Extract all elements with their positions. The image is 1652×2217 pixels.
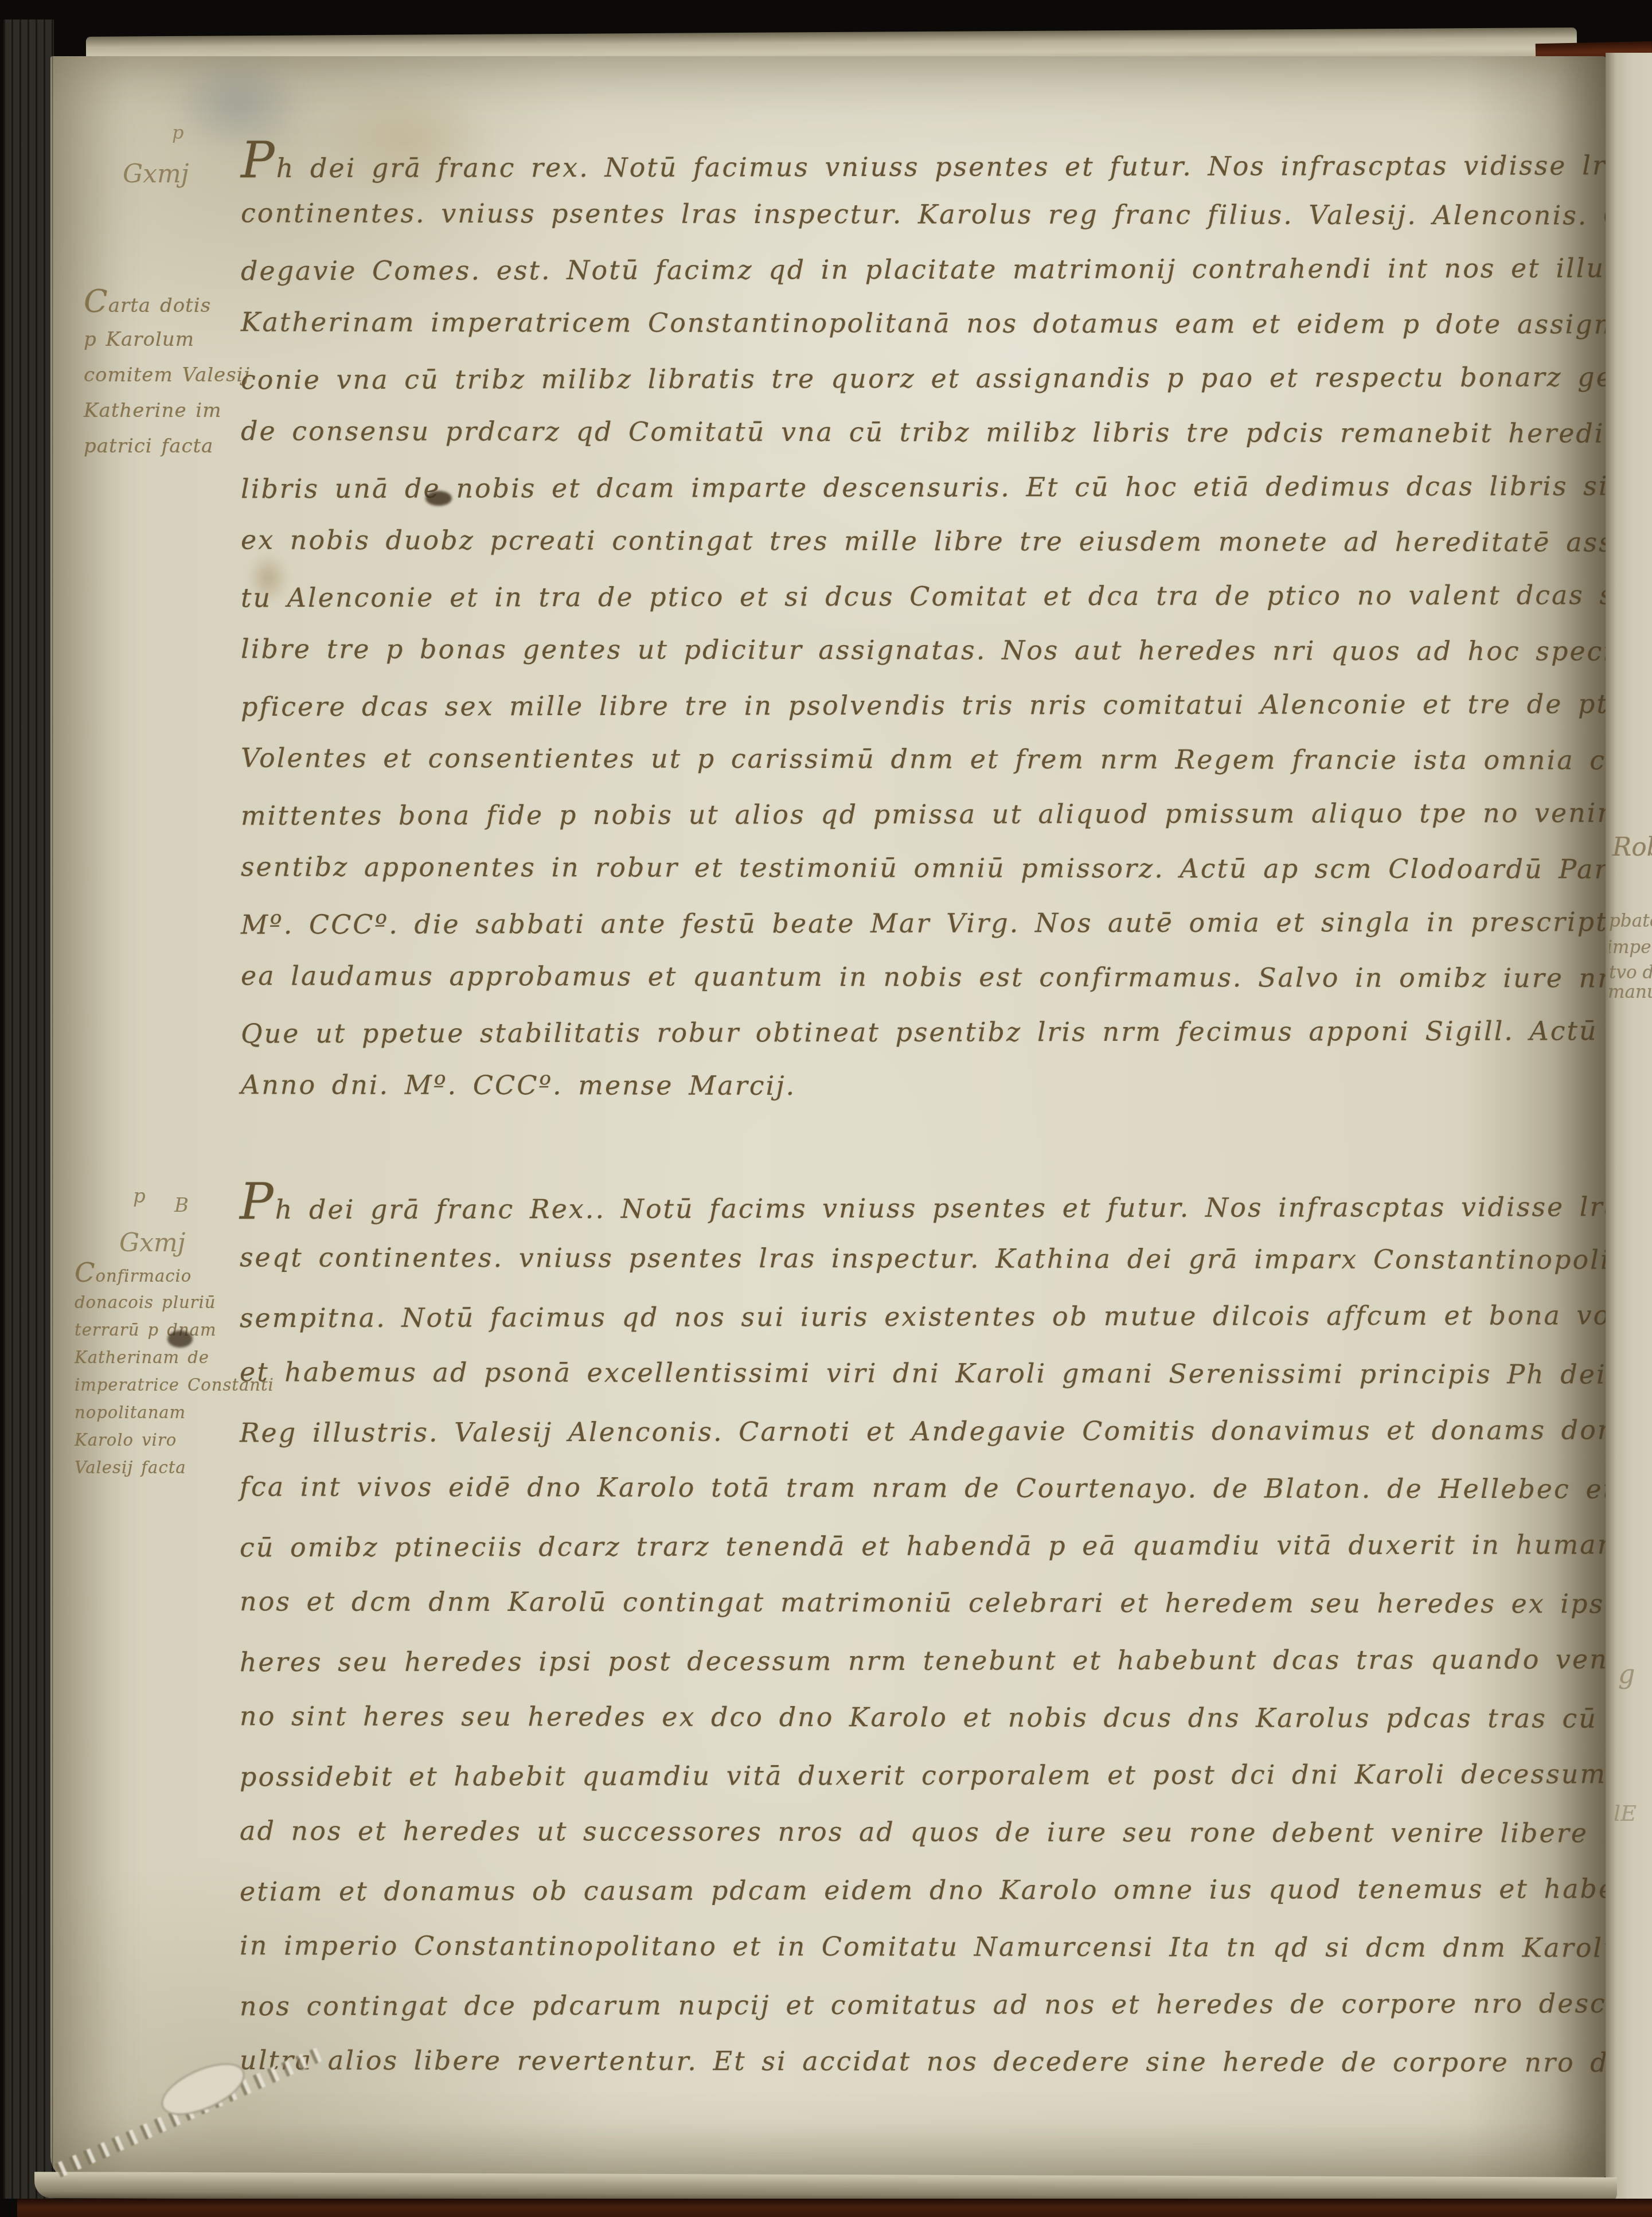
manuscript-line: nos et dcm dnm Karolū contingat matrimon… bbox=[240, 1586, 1652, 1646]
manuscript-line: no sint heres seu heredes ex dco dno Kar… bbox=[240, 1700, 1652, 1761]
manuscript-line: Reg illustris. Valesij Alenconis. Carnot… bbox=[240, 1414, 1652, 1474]
manuscript-line: conie vna cū tribz milibz libratis tre q… bbox=[241, 361, 1652, 419]
manuscript-line: possidebit et habebit quamdiu vitā duxer… bbox=[240, 1758, 1652, 1818]
manuscript-line: et habemus ad psonā excellentissimi viri… bbox=[240, 1356, 1652, 1416]
manuscript-line: Anno dni. Mº. CCCº. mense Marcij. bbox=[241, 1069, 1652, 1126]
margin-note-line: p Karolum bbox=[84, 328, 250, 364]
margin-abbreviation-mark: p bbox=[172, 122, 183, 143]
manuscript-line: in imperio Constantinopolitano et in Com… bbox=[240, 1930, 1652, 1990]
manuscript-line: ea laudamus approbamus et quantum in nob… bbox=[241, 960, 1652, 1017]
manuscript-line: ultra alios libere revertentur. Et si ac… bbox=[240, 2044, 1652, 2105]
manuscript-line: etiam et donamus ob causam pdcam eidem d… bbox=[240, 1872, 1652, 1933]
facing-page-fragment: manux bbox=[1609, 982, 1652, 1002]
manuscript-line: Ph dei grā franc Rex.. Notū facims vnius… bbox=[240, 1184, 1652, 1245]
manuscript-line: Mº. CCCº. die sabbati ante festū beate M… bbox=[241, 905, 1652, 963]
facing-page-fragment: lE bbox=[1614, 1801, 1637, 1826]
facing-page-text-fragments: Robpbatoimperetvo dumanuxglE bbox=[1609, 0, 1652, 2217]
manuscript-line: ex nobis duobz pcreati contingat tres mi… bbox=[241, 524, 1652, 581]
margin-note-line: Katherine im bbox=[84, 399, 250, 435]
facing-page-fragment: pbato bbox=[1609, 911, 1652, 931]
charter-2-text-block: Ph dei grā franc Rex.. Notū facims vnius… bbox=[240, 1186, 1652, 2103]
manuscript-line: libris unā de nobis et dcam imparte desc… bbox=[241, 470, 1652, 528]
margin-letter-b: B bbox=[174, 1194, 189, 1217]
manuscript-line: nos contingat dce pdcarum nupcij et comi… bbox=[240, 1987, 1652, 2048]
manuscript-line: sempitna. Notū facimus qd nos sui iuris … bbox=[240, 1299, 1652, 1360]
charter-1-text-block: Ph dei grā franc rex. Notū facimus vnius… bbox=[241, 145, 1652, 1125]
manuscript-line: Volentes et consentientes ut p carissimū… bbox=[241, 742, 1652, 799]
margin-note-line: patrici facta bbox=[84, 435, 250, 470]
ink-blot bbox=[167, 1330, 193, 1348]
manuscript-line: fca int vivos eidē dno Karolo totā tram … bbox=[240, 1471, 1652, 1531]
manuscript-line: Ph dei grā franc rex. Notū facimus vnius… bbox=[241, 143, 1652, 201]
manuscript-line: tu Alenconie et in tra de ptico et si dc… bbox=[241, 579, 1652, 637]
manuscript-line: continentes. vniuss psentes lras inspect… bbox=[241, 197, 1652, 255]
manuscript-line: pficere dcas sex mille libre tre in psol… bbox=[241, 688, 1652, 745]
facing-page-fragment: Rob bbox=[1612, 833, 1652, 862]
manuscript-scan: p Gxmj Carta dotisp Karolumcomitem Vales… bbox=[0, 0, 1652, 2217]
manuscript-line: libre tre p bonas gentes ut pdicitur ass… bbox=[241, 633, 1652, 690]
manuscript-line: cū omibz ptineciis dcarz trarz tenendā e… bbox=[240, 1528, 1652, 1589]
book-cover-bottom-edge bbox=[17, 2199, 1652, 2217]
margin-note-line: comitem Valesij bbox=[84, 364, 250, 399]
facing-page-fragment: impere bbox=[1609, 937, 1652, 958]
manuscript-line: sentibz apponentes in robur et testimoni… bbox=[241, 851, 1652, 908]
facing-page-fragment: g bbox=[1618, 1658, 1635, 1689]
margin-letter-p: p bbox=[133, 1185, 146, 1208]
manuscript-line: de consensu prdcarz qd Comitatū vna cū t… bbox=[241, 415, 1652, 473]
ink-blot bbox=[425, 491, 452, 506]
quire-mark: Gxmj bbox=[119, 1228, 185, 1258]
manuscript-line: seqt continentes. vniuss psentes lras in… bbox=[240, 1242, 1652, 1302]
manuscript-line: Katherinam imperatricem Constantinopolit… bbox=[241, 306, 1652, 364]
manuscript-line: Que ut ppetue stabilitatis robur obtinea… bbox=[241, 1014, 1652, 1072]
page-fold-shadow bbox=[1468, 56, 1608, 2181]
facing-page-fragment: tvo du bbox=[1609, 962, 1652, 983]
margin-rubric-charter-1: Carta dotisp Karolumcomitem ValesijKathe… bbox=[84, 292, 250, 470]
manuscript-line: degavie Comes. est. Notū facimz qd in pl… bbox=[241, 252, 1652, 310]
margin-note-line: Carta dotis bbox=[84, 292, 250, 328]
quire-mark: Gxmj bbox=[123, 159, 189, 189]
gutter-page-ridges bbox=[3, 19, 54, 2199]
manuscript-line: heres seu heredes ipsi post decessum nrm… bbox=[240, 1643, 1652, 1704]
manuscript-line: mittentes bona fide p nobis ut alios qd … bbox=[241, 797, 1652, 854]
manuscript-line: ad nos et heredes ut successores nros ad… bbox=[240, 1815, 1652, 1875]
